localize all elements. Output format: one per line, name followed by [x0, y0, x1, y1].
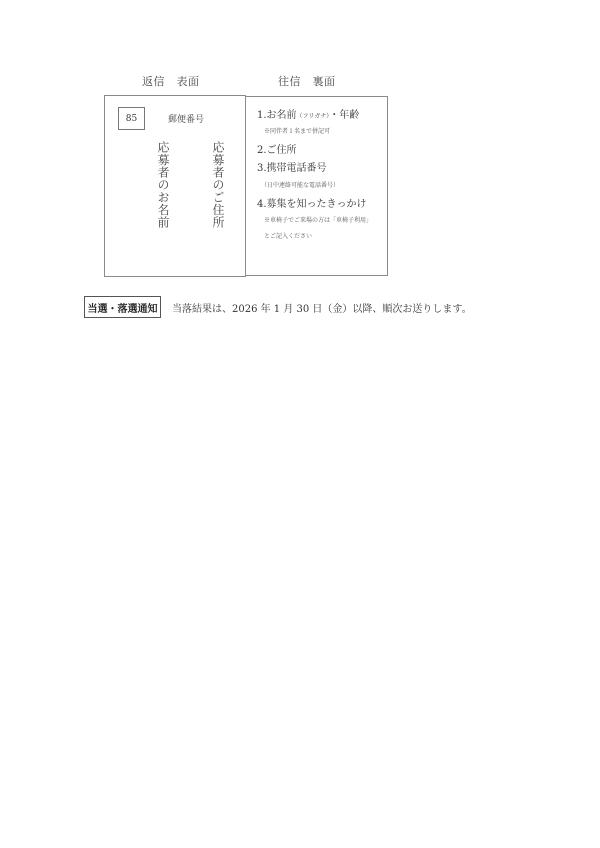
note-wheelchair-1: ※車椅子でご来場の方は「車椅子利用」: [264, 215, 372, 224]
item-name-furigana: （フリガナ）: [297, 113, 330, 120]
item-name-age-suffix: ・年齢: [329, 110, 359, 121]
item-name-label: 1.お名前: [257, 110, 297, 121]
note-companion: ※同伴者１名まで併記可: [264, 126, 330, 135]
note-wheelchair-2: とご記入ください: [264, 231, 312, 240]
item-how-heard: 4.募集を知ったきっかけ: [257, 195, 367, 210]
outgoing-back-heading: 往信 裏面: [278, 73, 336, 89]
applicant-address-vertical: 応募者のご住所: [211, 141, 224, 229]
notification-text: 当落結果は、2026 年 1 月 30 日（金）以降、順次お送りします。: [172, 300, 472, 315]
postal-code-label: 郵便番号: [168, 112, 204, 125]
item-address: 2.ご住所: [257, 141, 297, 156]
postal-code-box: 85: [118, 107, 145, 130]
reply-front-heading: 返信 表面: [142, 73, 200, 89]
applicant-name-vertical: 応募者のお名前: [156, 141, 169, 229]
note-phone: （日中連絡可能な電話番号）: [261, 180, 339, 189]
item-mobile-phone: 3.携帯電話番号: [257, 159, 327, 174]
item-name-age: 1.お名前（フリガナ）・年齢: [257, 106, 359, 121]
notification-label: 当選・落選通知: [84, 296, 161, 318]
